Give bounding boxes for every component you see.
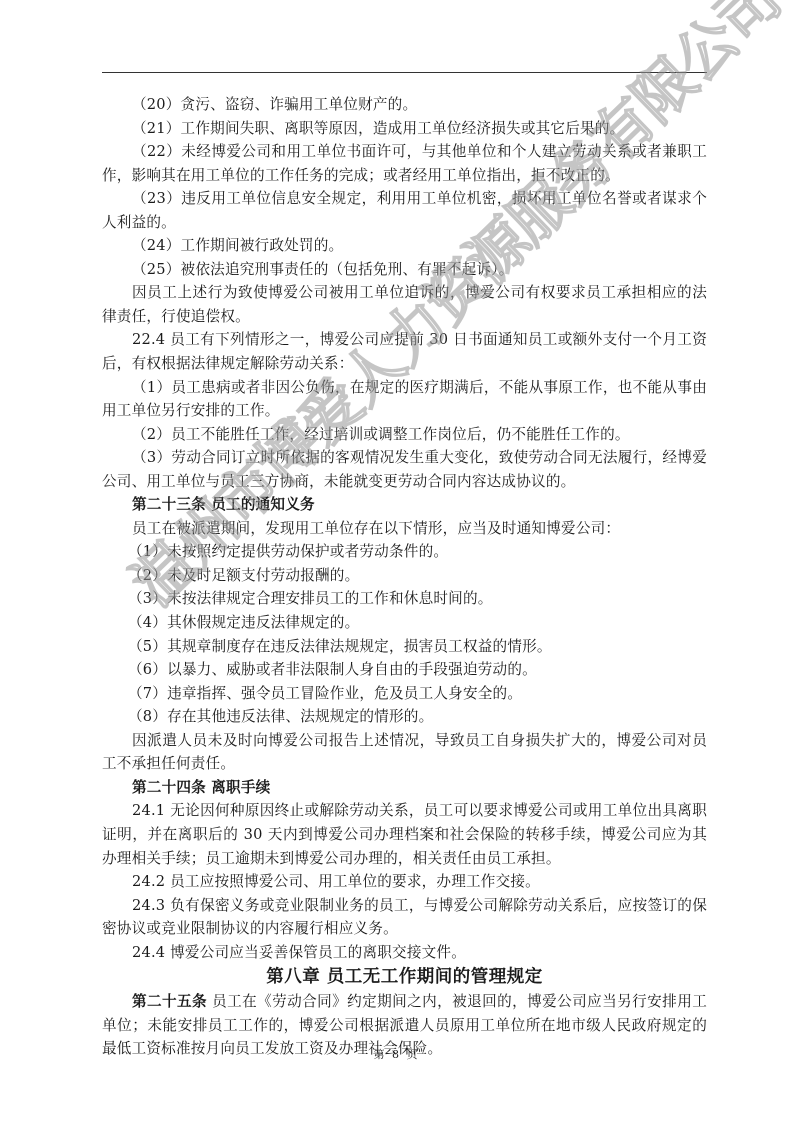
article-24-item-1: 24.1 无论因何种原因终止或解除劳动关系，员工可以要求博爱公司或用工单位出具离… bbox=[102, 799, 707, 870]
list-item-22: （22）未经博爱公司和用工单位书面许可，与其他单位和个人建立劳动关系或者兼职工作… bbox=[102, 140, 707, 187]
list-item-20: （20）贪污、盗窃、诈骗用工单位财产的。 bbox=[102, 93, 707, 117]
list-item-25: （25）被依法追究刑事责任的（包括免刑、有罪不起诉）。 bbox=[102, 258, 707, 282]
list-item-24: （24）工作期间被行政处罚的。 bbox=[102, 234, 707, 258]
article-23-item-6: （6）以暴力、威胁或者非法限制人身自由的手段强迫劳动的。 bbox=[102, 658, 707, 682]
article-23-title: 第二十三条 员工的通知义务 bbox=[102, 493, 707, 517]
article-23-item-7: （7）违章指挥、强令员工冒险作业，危及员工人身安全的。 bbox=[102, 682, 707, 706]
header-rule bbox=[102, 72, 707, 73]
list-item-23: （23）违反用工单位信息安全规定，利用用工单位机密，损坏用工单位名誉或者谋求个人… bbox=[102, 187, 707, 234]
article-24-item-3: 24.3 负有保密义务或竞业限制业务的员工，与博爱公司解除劳动关系后，应按签订的… bbox=[102, 894, 707, 941]
page-number: 第 8 页 bbox=[0, 1046, 793, 1062]
article-24-item-2: 24.2 员工应按照博爱公司、用工单位的要求，办理工作交接。 bbox=[102, 870, 707, 894]
article-23-item-1: （1）未按照约定提供劳动保护或者劳动条件的。 bbox=[102, 540, 707, 564]
article-24-item-4: 24.4 博爱公司应当妥善保管员工的离职交接文件。 bbox=[102, 941, 707, 965]
list-item-22-4-2: （2）员工不能胜任工作，经过培训或调整工作岗位后，仍不能胜任工作的。 bbox=[102, 423, 707, 447]
page-body: （20）贪污、盗窃、诈骗用工单位财产的。 （21）工作期间失职、离职等原因，造成… bbox=[102, 93, 707, 1061]
article-23-intro: 员工在被派遣期间，发现用工单位存在以下情形，应当及时通知博爱公司： bbox=[102, 517, 707, 541]
paragraph-recourse: 因员工上述行为致使博爱公司被用工单位追诉的，博爱公司有权要求员工承担相应的法律责… bbox=[102, 281, 707, 328]
article-23-item-5: （5）其规章制度存在违反法律法规规定，损害员工权益的情形。 bbox=[102, 635, 707, 659]
article-23-closing: 因派遣人员未及时向博爱公司报告上述情况，导致员工自身损失扩大的，博爱公司对员工不… bbox=[102, 729, 707, 776]
article-23-item-3: （3）未按法律规定合理安排员工的工作和休息时间的。 bbox=[102, 587, 707, 611]
document-page: （20）贪污、盗窃、诈骗用工单位财产的。 （21）工作期间失职、离职等原因，造成… bbox=[0, 0, 793, 1122]
list-item-21: （21）工作期间失职、离职等原因，造成用工单位经济损失或其它后果的。 bbox=[102, 117, 707, 141]
chapter-8-title: 第八章 员工无工作期间的管理规定 bbox=[102, 964, 707, 990]
article-23-item-8: （8）存在其他违反法律、法规规定的情形的。 bbox=[102, 705, 707, 729]
article-25-lead: 第二十五条 bbox=[132, 993, 207, 1010]
article-23-item-4: （4）其休假规定违反法律规定的。 bbox=[102, 611, 707, 635]
article-23-item-2: （2）未及时足额支付劳动报酬的。 bbox=[102, 564, 707, 588]
paragraph-22-4: 22.4 员工有下列情形之一，博爱公司应提前 30 日书面通知员工或额外支付一个… bbox=[102, 328, 707, 375]
list-item-22-4-3: （3）劳动合同订立时所依据的客观情况发生重大变化，致使劳动合同无法履行，经博爱公… bbox=[102, 446, 707, 493]
list-item-22-4-1: （1）员工患病或者非因公负伤，在规定的医疗期满后，不能从事原工作，也不能从事由用… bbox=[102, 376, 707, 423]
article-24-title: 第二十四条 离职手续 bbox=[102, 776, 707, 800]
